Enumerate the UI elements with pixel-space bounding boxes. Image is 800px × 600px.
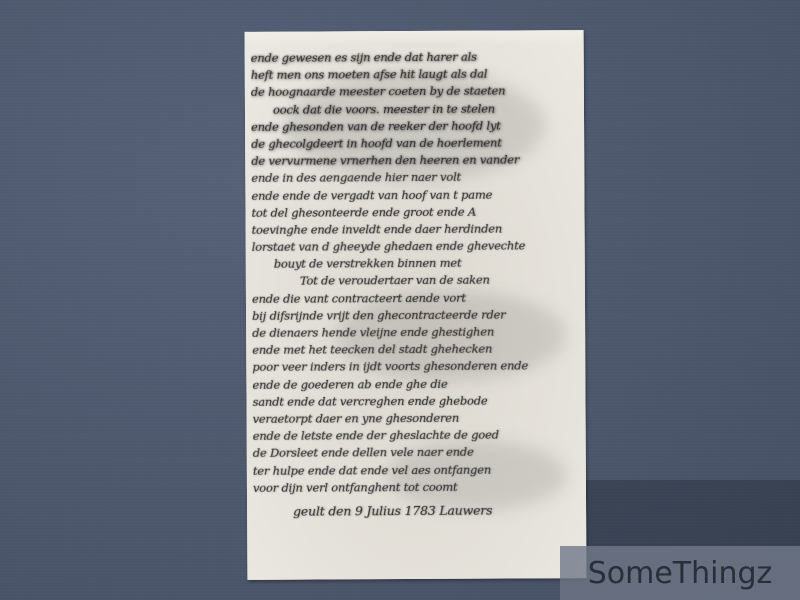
manuscript-line: ende met het teecken del stadt ghehecken — [252, 340, 579, 359]
manuscript-line: bouyt de verstrekken binnen met — [252, 254, 579, 273]
manuscript-line: de hoognaarde meester coeten by de staet… — [251, 83, 578, 102]
manuscript-line: sandt ende dat vercreghen ende ghebode — [252, 392, 579, 411]
manuscript-line: de vervurmene vrnerhen den heeren en van… — [251, 151, 578, 170]
manuscript-line: de Dorsleet ende dellen vele naer ende — [253, 443, 580, 462]
manuscript-line: ter hulpe ende dat ende vel aes ontfange… — [253, 461, 580, 480]
manuscript-line: heft men ons moeten afse hit laugt als d… — [251, 65, 578, 84]
manuscript-line: oock dat die voors. meester in te stelen — [251, 100, 578, 119]
manuscript-line: toevinghe ende inveldt ende daer herdind… — [252, 220, 579, 239]
manuscript-line: Tot de veroudertaer van de saken — [252, 272, 579, 291]
manuscript-line: lorstaet van d gheeyde ghedaen ende ghev… — [252, 237, 579, 256]
watermark-banner: SomeThingz — [560, 546, 800, 600]
shadow-region — [585, 480, 800, 546]
manuscript-line: tot del ghesonteerde ende groot ende A — [251, 203, 578, 222]
manuscript-text: ende gewesen es sijn ende dat harer als … — [251, 48, 581, 566]
manuscript-line: ende ende de vergadt van hoof van t pame — [251, 186, 578, 205]
manuscript-page: ende gewesen es sijn ende dat harer als … — [245, 30, 587, 580]
manuscript-line: bij difsrijnde vrijt den ghecontracteerd… — [252, 306, 579, 325]
manuscript-line: ende ghesonden van de reeker der hoofd l… — [251, 117, 578, 136]
manuscript-line: de ghecolgdeert in hoofd van de hoerleme… — [251, 134, 578, 153]
watermark-text: SomeThingz — [588, 556, 773, 591]
manuscript-line: poor veer inders in ijdt voorts ghesonde… — [252, 358, 579, 377]
manuscript-line: ende die vant contracteert aende vort — [252, 289, 579, 308]
manuscript-line: ende in des aengaende hier naer volt — [251, 168, 578, 187]
manuscript-line: veraetorpt daer en yne ghesonderen — [253, 409, 580, 428]
manuscript-line: ende de letste ende der gheslachte de go… — [253, 426, 580, 445]
manuscript-line: de dienaers hende vleijne ende ghestighe… — [252, 323, 579, 342]
manuscript-line: ende de goederen ab ende ghe die — [252, 375, 579, 394]
manuscript-signature-line: geult den 9 Julius 1783 Lauwers — [253, 501, 580, 520]
manuscript-line: ende gewesen es sijn ende dat harer als — [251, 48, 578, 67]
manuscript-line: voor dijn verl ontfanghent tot coomt — [253, 478, 580, 497]
